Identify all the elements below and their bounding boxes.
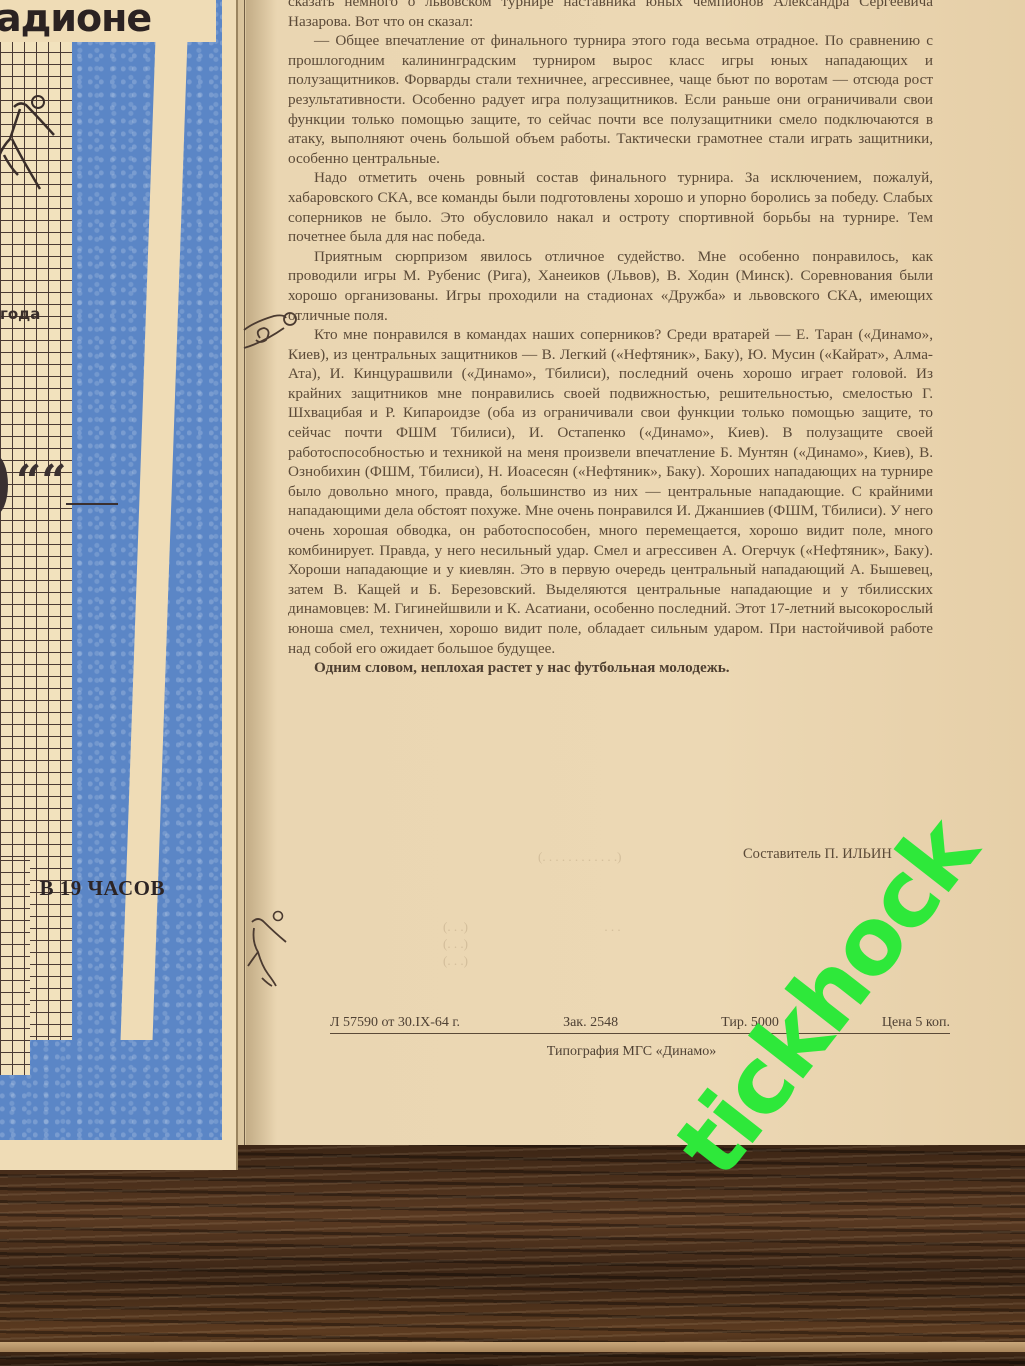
article-paragraph: Надо отметить очень ровный состав финаль… <box>288 168 933 246</box>
printer-credit: Типография МГС «Динамо» <box>238 1044 1025 1060</box>
match-time-label: В 19 ЧАСОВ <box>0 876 165 901</box>
wooden-table <box>0 1140 1025 1366</box>
show-through-text: (. . . . . . . . . . . .) <box>538 848 621 865</box>
cover-blank-line <box>66 503 118 505</box>
football-player-icon <box>0 95 70 225</box>
cover-year-label: года <box>0 305 40 323</box>
article-text: сказать немного о львовском турнире наст… <box>288 0 933 678</box>
article-paragraph: Кто мне понравился в командах наших сопе… <box>288 325 933 658</box>
cover-quote-mark: ““ <box>16 462 67 502</box>
article-paragraph: — Общее впечатление от финального турнир… <box>288 31 933 168</box>
article-paragraph: Приятным сюрпризом явилось отличное суде… <box>288 247 933 325</box>
program-cover: адионе года ““ В 19 ЧАСОВ <box>0 0 238 1170</box>
license-number: Л 57590 от 30.IX-64 г. <box>330 1015 460 1031</box>
table-edge <box>0 1342 1025 1352</box>
show-through-text: (. . .) . . .(. . .)(. . .) <box>443 918 621 969</box>
closing-paragraph: Одним словом, неплохая растет у нас футб… <box>288 658 933 678</box>
order-number: Зак. 2548 <box>563 1015 618 1031</box>
article-paragraph: сказать немного о львовском турнире наст… <box>288 0 933 31</box>
football-player-icon <box>240 908 300 1008</box>
cover-headline: адионе <box>0 0 216 42</box>
price: Цена 5 коп. <box>882 1015 950 1031</box>
